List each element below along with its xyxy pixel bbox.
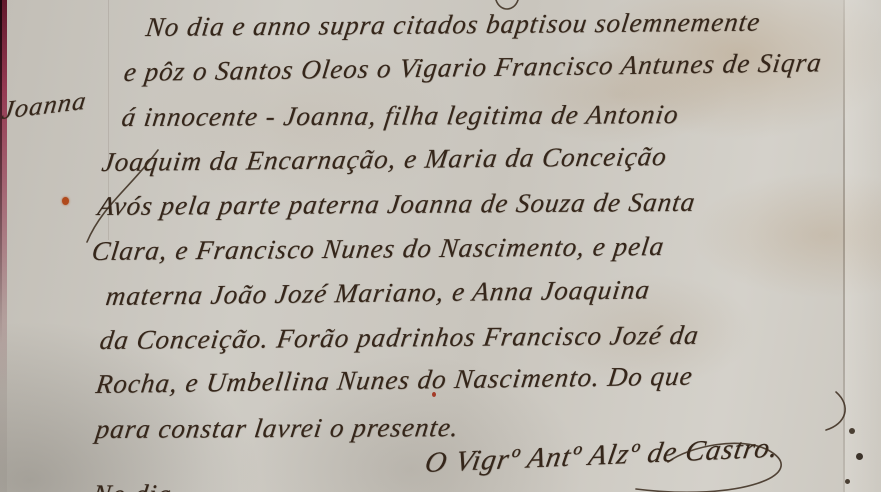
binding-edge bbox=[0, 0, 7, 492]
handwritten-line: da Conceição. Forão padrinhos Francisco … bbox=[98, 320, 701, 356]
handwritten-line: materna João Jozé Mariano, e Anna Joaqui… bbox=[104, 274, 652, 312]
red-ink-speck bbox=[432, 392, 436, 397]
next-entry-partial-line: No dia bbox=[93, 479, 174, 492]
fold-highlight bbox=[845, 0, 881, 492]
priest-signature: O Vigrº Antº Alzº de Castro. bbox=[422, 432, 781, 480]
ink-blot bbox=[849, 428, 855, 434]
handwritten-line: para constar lavrei o presente. bbox=[94, 412, 461, 445]
handwritten-line: No dia e anno supra citados baptisou sol… bbox=[144, 7, 763, 43]
ink-blot bbox=[845, 479, 850, 484]
handwritten-line: Rocha, e Umbellina Nunes do Nascimento. … bbox=[94, 361, 695, 400]
manuscript-page: Joanna No dia e anno supra citados bapti… bbox=[0, 0, 881, 492]
handwritten-line: Joaquim da Encarnação, e Maria da Concei… bbox=[100, 141, 669, 178]
red-ink-speck bbox=[62, 197, 69, 205]
ink-blot bbox=[856, 453, 863, 460]
handwritten-line: Avós pela parte paterna Joanna de Souza … bbox=[96, 187, 698, 222]
handwritten-line: e pôz o Santos Oleos o Vigario Francisco… bbox=[122, 47, 824, 88]
fold-crease bbox=[843, 0, 845, 492]
margin-note: Joanna bbox=[0, 86, 88, 126]
handwritten-line: Clara, e Francisco Nunes do Nascimento, … bbox=[90, 231, 666, 267]
handwritten-line: á innocente - Joanna, filha legitima de … bbox=[120, 99, 681, 133]
